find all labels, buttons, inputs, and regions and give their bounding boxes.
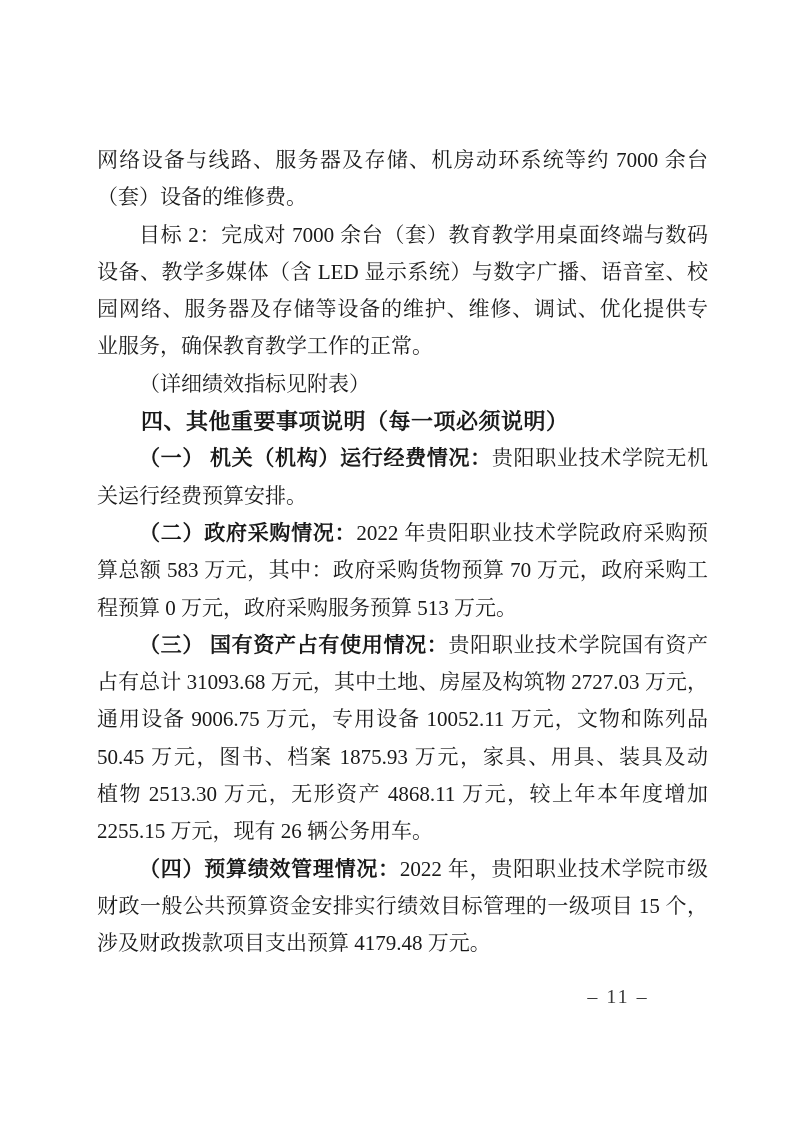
- body-line: （二）政府采购情况：2022 年贵阳职业技术学院政府采购预: [97, 515, 708, 552]
- body-line: （四）预算绩效管理情况：2022 年，贵阳职业技术学院市级: [97, 851, 708, 888]
- body-line: 通用设备 9006.75 万元，专用设备 10052.11 万元，文物和陈列品: [97, 701, 708, 738]
- body-line: 涉及财政拨款项目支出预算 4179.48 万元。: [97, 925, 708, 962]
- body-line: 50.45 万元，图书、档案 1875.93 万元，家具、用具、装具及动: [97, 739, 708, 776]
- body-line: 设备、教学多媒体（含 LED 显示系统）与数字广播、语音室、校: [97, 254, 708, 291]
- body-line: 程预算 0 万元，政府采购服务预算 513 万元。: [97, 590, 708, 627]
- paragraph-text: 贵阳职业技术学院无机: [492, 446, 708, 470]
- body-line: 园网络、服务器及存储等设备的维护、维修、调试、优化提供专: [97, 291, 708, 328]
- body-line: （三） 国有资产占有使用情况：贵阳职业技术学院国有资产: [97, 627, 708, 664]
- note-line: （详细绩效指标见附表）: [97, 366, 708, 403]
- body-line: 关运行经费预算安排。: [97, 478, 708, 515]
- paragraph-text: 2022 年，贵阳职业技术学院市级: [400, 857, 708, 881]
- body-line: （套）设备的维修费。: [97, 179, 708, 216]
- body-line: （一） 机关（机构）运行经费情况：贵阳职业技术学院无机: [97, 440, 708, 477]
- paragraph-text: 2022 年贵阳职业技术学院政府采购预: [356, 521, 708, 545]
- body-line: 占有总计 31093.68 万元，其中土地、房屋及构筑物 2727.03 万元，: [97, 664, 708, 701]
- body-line: 财政一般公共预算资金安排实行绩效目标管理的一级项目 15 个，: [97, 888, 708, 925]
- body-line: 目标 2：完成对 7000 余台（套）教育教学用桌面终端与数码: [97, 217, 708, 254]
- body-line: 网络设备与线路、服务器及存储、机房动环系统等约 7000 余台: [97, 142, 708, 179]
- document-body: 网络设备与线路、服务器及存储、机房动环系统等约 7000 余台 （套）设备的维修…: [97, 142, 708, 963]
- body-line: 2255.15 万元，现有 26 辆公务用车。: [97, 813, 708, 850]
- body-line: 植物 2513.30 万元，无形资产 4868.11 万元，较上年本年度增加: [97, 776, 708, 813]
- paragraph-lead: （三） 国有资产占有使用情况：: [139, 633, 449, 657]
- body-line: 业服务，确保教育教学工作的正常。: [97, 328, 708, 365]
- section-heading: 四、其他重要事项说明（每一项必须说明）: [97, 403, 708, 440]
- document-page: 网络设备与线路、服务器及存储、机房动环系统等约 7000 余台 （套）设备的维修…: [0, 0, 793, 1122]
- paragraph-text: 贵阳职业技术学院国有资产: [449, 633, 709, 657]
- body-line: 算总额 583 万元，其中：政府采购货物预算 70 万元，政府采购工: [97, 552, 708, 589]
- paragraph-lead: （四）预算绩效管理情况：: [139, 857, 400, 881]
- paragraph-lead: （一） 机关（机构）运行经费情况：: [139, 446, 492, 470]
- paragraph-lead: （二）政府采购情况：: [139, 521, 356, 545]
- page-number: – 11 –: [560, 986, 676, 1009]
